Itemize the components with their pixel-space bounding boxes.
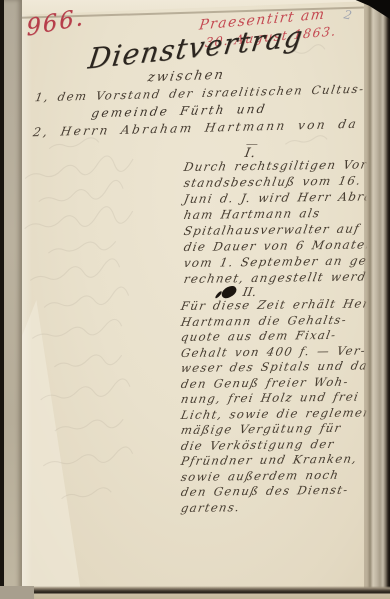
body-line: gartens. — [180, 498, 390, 516]
manuscript-scan: 966. Praesentirt am 30. August 1863. 2 D… — [0, 0, 390, 599]
between-label: zwischen — [146, 68, 226, 86]
left-page-stack-edge — [4, 0, 22, 599]
right-fore-edge — [364, 0, 390, 599]
section-marker-2: II. — [242, 285, 258, 299]
bottom-page-edge — [0, 586, 390, 599]
section-1-body: Durch rechtsgiltigen Vor- standsbeschluß… — [184, 159, 383, 287]
section-2-body: Für diese Zeit erhält Herr Hartmann die … — [181, 299, 390, 516]
bottom-left-edge — [0, 586, 34, 599]
body-line: rechnet, angestellt werden — [183, 268, 386, 287]
